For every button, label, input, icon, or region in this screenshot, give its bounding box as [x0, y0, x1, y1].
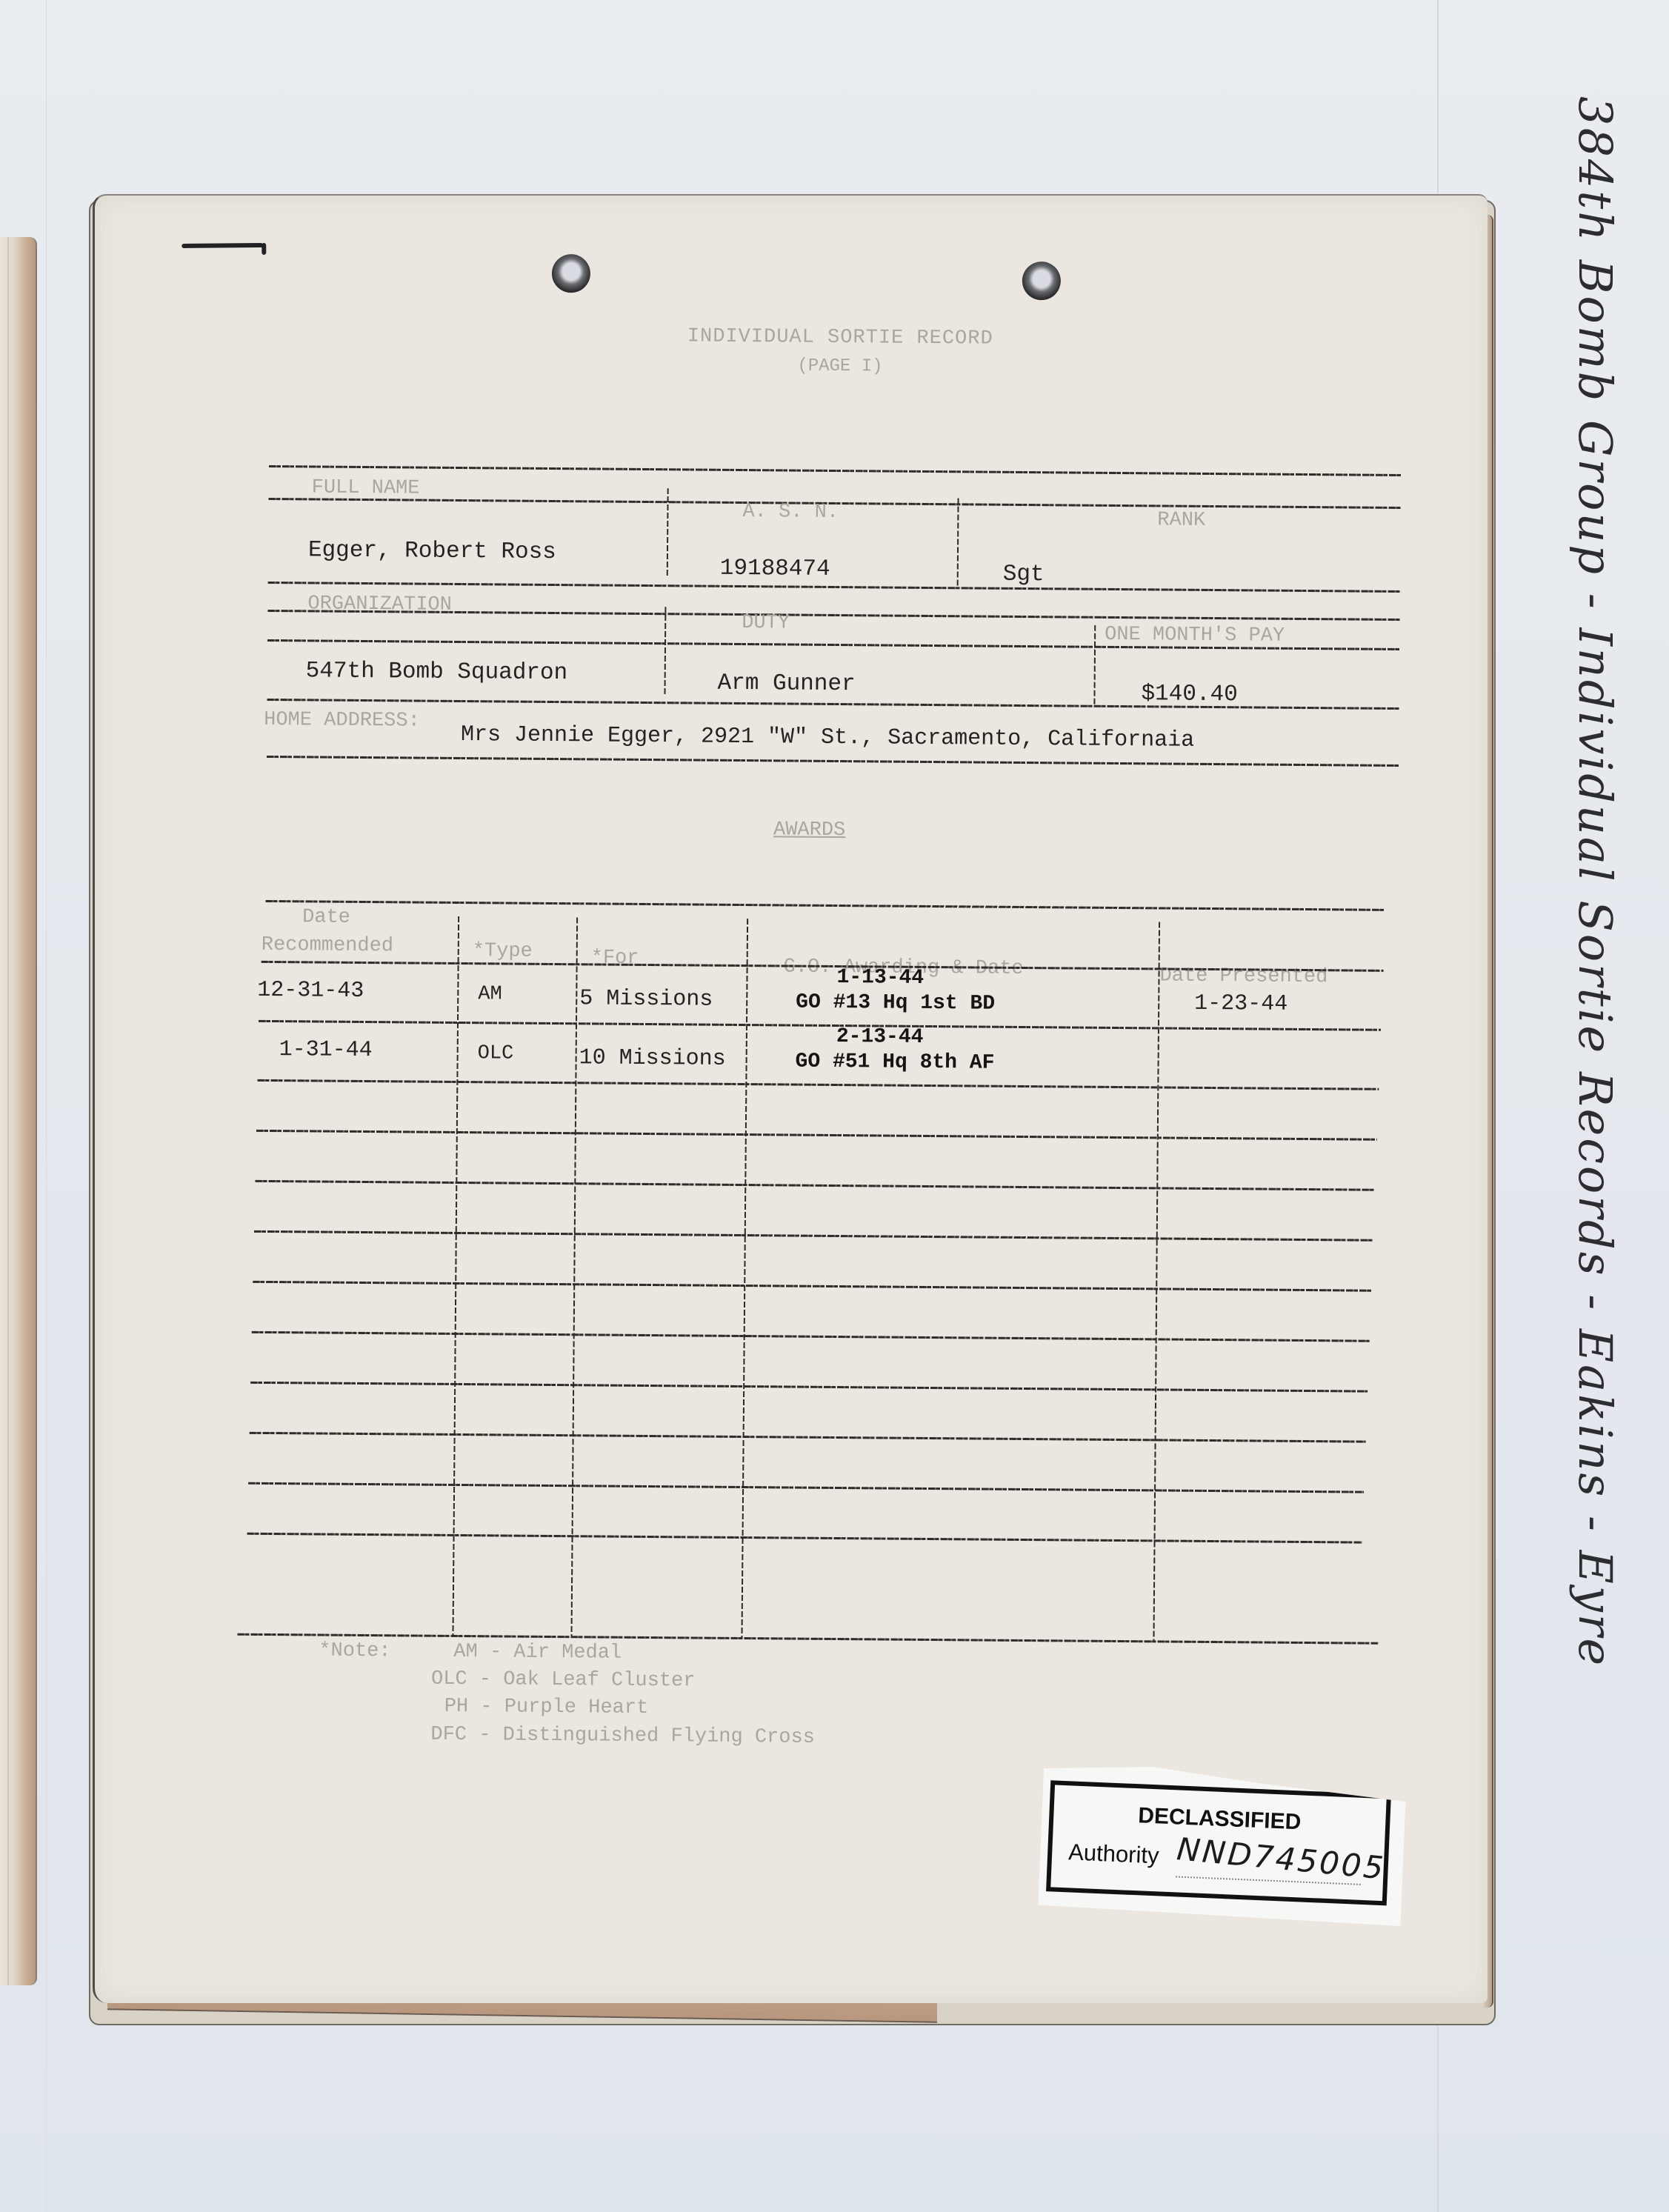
duty-label: DUTY [742, 612, 790, 635]
award-go-reference: GO #13 Hq 1st BD [796, 991, 995, 1016]
handwritten-margin-note: 384th Bomb Group - Individual Sortie Rec… [1568, 96, 1622, 1689]
col-header-date: Date [302, 906, 350, 929]
stamp-authority-label: Authority [1068, 1839, 1160, 1869]
note-item: AM - Air Medal [453, 1641, 622, 1665]
stamp-title: DECLASSIFIED [1053, 1799, 1386, 1839]
award-for: 10 Missions [579, 1045, 725, 1072]
asn-value: 19188474 [720, 556, 830, 582]
background-edge [46, 0, 47, 2212]
note-label: *Note: [319, 1640, 390, 1663]
punch-hole-left [552, 254, 590, 293]
organization-label: ORGANIZATION [307, 593, 452, 616]
note-item: DFC - Distinguished Flying Cross [430, 1724, 815, 1749]
punch-hole-right [1022, 261, 1061, 300]
asn-label: A. S. N. [742, 501, 839, 524]
col-header-recommended: Recommended [261, 934, 393, 957]
award-type: AM [478, 983, 502, 1005]
award-type: OLC [478, 1042, 514, 1065]
full-name-label: FULL NAME [312, 476, 420, 499]
page-number-mark [181, 243, 263, 248]
rank-value: Sgt [1003, 562, 1045, 587]
duty-value: Arm Gunner [717, 670, 855, 697]
pay-label: ONE MONTH'S PAY [1105, 624, 1285, 647]
note-item: OLC - Oak Leaf Cluster [431, 1668, 696, 1693]
adjacent-paper-stack [0, 237, 37, 1985]
col-header-type: *Type [473, 940, 533, 963]
award-go-reference: GO #51 Hq 8th AF [795, 1050, 994, 1075]
organization-value: 547th Bomb Squadron [306, 658, 568, 686]
award-go-date: 2-13-44 [836, 1025, 924, 1049]
full-name-value: Egger, Robert Ross [308, 537, 556, 565]
pay-value: $140.40 [1141, 681, 1238, 707]
document-title: INDIVIDUAL SORTIE RECORD [655, 325, 1025, 350]
home-address-label: HOME ADDRESS: [264, 709, 420, 733]
award-date-presented: 1-23-44 [1194, 991, 1287, 1017]
award-date-recommended: 1-31-44 [279, 1037, 373, 1063]
col-header-for: *For [591, 947, 639, 970]
note-item: PH - Purple Heart [444, 1696, 649, 1719]
document-subtitle: (PAGE I) [655, 355, 1025, 378]
award-go-date: 1-13-44 [836, 966, 924, 990]
rank-label: RANK [1157, 509, 1205, 532]
award-date-recommended: 12-31-43 [257, 978, 364, 1004]
award-for: 5 Missions [579, 986, 713, 1012]
awards-heading: AWARDS [773, 819, 845, 842]
